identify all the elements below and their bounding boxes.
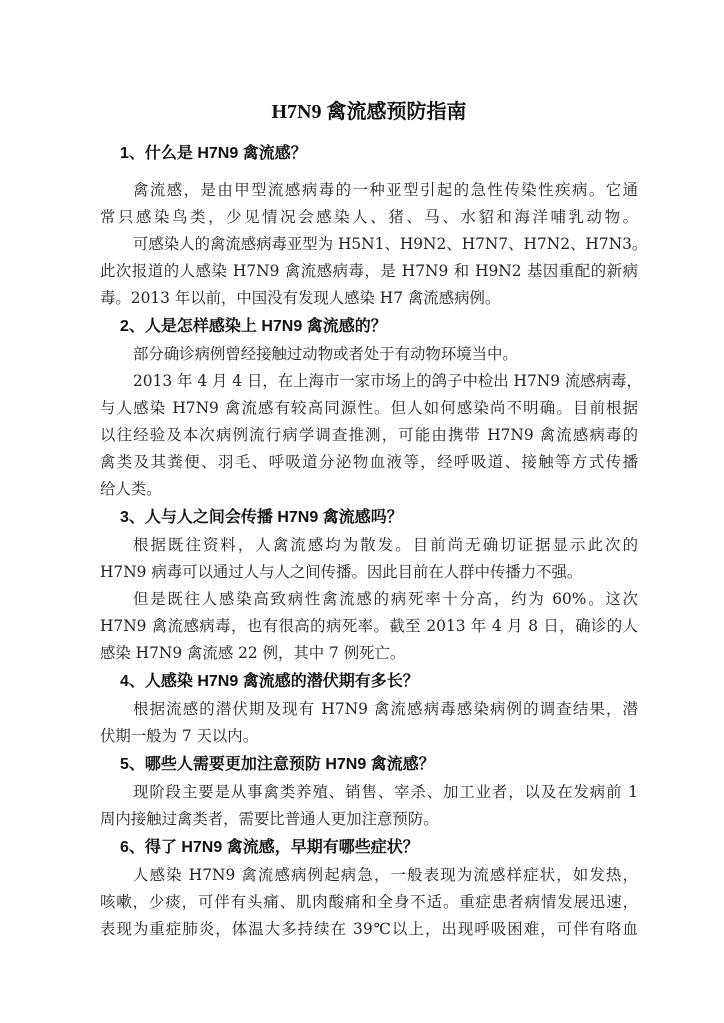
section-1-heading: 1、什么是 H7N9 禽流感？ <box>120 144 307 164</box>
section-2-line-4: 以往经验及本次病例流行病学调查推测，可能由携带 H7N9 禽流感病毒的 <box>100 425 638 445</box>
section-2-line-6: 给人类。 <box>100 479 638 499</box>
section-5-heading: 5、哪些人需要更加注意预防 H7N9 禽流感？ <box>120 755 435 775</box>
section-2-line-2: 2013 年 4 月 4 日，在上海市一家市场上的鸽子中检出 H7N9 流感病毒… <box>133 371 638 391</box>
section-6-line-3: 表现为重症肺炎，体温大多持续在 39℃以上，出现呼吸困难，可伴有咯血 <box>100 919 638 939</box>
section-1-line-2: 常只感染鸟类，少见情况会感染人、猪、马、水貂和海洋哺乳动物。 <box>100 207 638 227</box>
section-4-line-1: 根据流感的潜伏期及现有 H7N9 禽流感病毒感染病例的调查结果，潜 <box>133 699 638 719</box>
section-4-heading: 4、人感染 H7N9 禽流感的潜伏期有多长？ <box>120 672 419 692</box>
section-1-line-3: 可感染人的禽流感病毒亚型为 H5N1、H9N2、H7N7、H7N2、H7N3。 <box>133 234 638 254</box>
section-6-line-2: 咳嗽，少痰，可伴有头痛、肌肉酸痛和全身不适。重症患者病情发展迅速， <box>100 892 638 912</box>
section-3-heading: 3、人与人之间会传播 H7N9 禽流感吗？ <box>120 508 403 528</box>
section-1-line-1: 禽流感，是由甲型流感病毒的一种亚型引起的急性传染性疾病。它通 <box>133 180 638 200</box>
section-1-line-4: 此次报道的人感染 H7N9 禽流感病毒，是 H7N9 和 H9N2 基因重配的新… <box>100 261 638 281</box>
section-3-line-3: 但是既往人感染高致病性禽流感的病死率十分高，约为 60%。这次 <box>133 589 638 609</box>
section-3-line-5: 感染 H7N9 禽流感 22 例，其中 7 例死亡。 <box>100 643 638 663</box>
section-2-line-3: 与人感染 H7N9 禽流感有较高同源性。但人如何感染尚不明确。目前根据 <box>100 398 638 418</box>
section-2-line-1: 部分确诊病例曾经接触过动物或者处于有动物环境当中。 <box>133 344 638 364</box>
section-2-heading: 2、人是怎样感染上 H7N9 禽流感的？ <box>120 317 387 337</box>
section-5-line-1: 现阶段主要是从事禽类养殖、销售、宰杀、加工业者，以及在发病前 1 <box>133 782 638 802</box>
section-6-line-1: 人感染 H7N9 禽流感病例起病急，一般表现为流感样症状，如发热， <box>133 865 638 885</box>
section-6-heading: 6、得了 H7N9 禽流感，早期有哪些症状？ <box>120 838 419 858</box>
section-5-line-2: 周内接触过禽类者，需要比普通人更加注意预防。 <box>100 809 638 829</box>
section-4-line-2: 伏期一般为 7 天以内。 <box>100 726 638 746</box>
section-2-line-5: 禽类及其粪便、羽毛、呼吸道分泌物血液等，经呼吸道、接触等方式传播 <box>100 452 638 472</box>
document-title: H7N9 禽流感预防指南 <box>100 100 638 124</box>
section-1-line-5: 毒。2013 年以前，中国没有发现人感染 H7 禽流感病例。 <box>100 288 638 308</box>
section-3-line-4: H7N9 禽流感病毒，也有很高的病死率。截至 2013 年 4 月 8 日，确诊… <box>100 616 638 636</box>
section-3-line-1: 根据既往资料，人禽流感均为散发。目前尚无确切证据显示此次的 <box>133 535 638 555</box>
section-3-line-2: H7N9 病毒可以通过人与人之间传播。因此目前在人群中传播力不强。 <box>100 562 638 582</box>
